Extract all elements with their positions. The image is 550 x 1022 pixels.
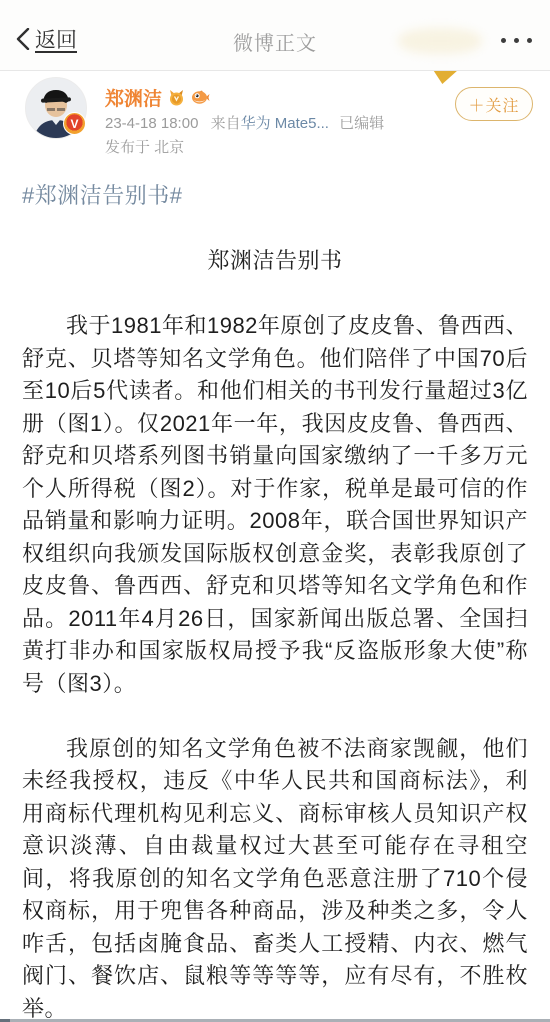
avatar[interactable]: V: [25, 77, 85, 137]
hashtag-link[interactable]: #郑渊洁告别书#: [22, 180, 528, 213]
from-label: 来自: [211, 115, 241, 132]
koi-fish-badge-icon: [191, 88, 210, 107]
author-row: 郑渊洁: [105, 84, 210, 111]
post-meta-location: 发布于 北京: [105, 136, 184, 157]
page-title: 微博正文: [0, 27, 550, 56]
post-meta-line1: 23-4-18 18:00 来自华为 Mate5... 已编辑: [105, 112, 384, 133]
gold-medal-badge-icon: [167, 88, 186, 107]
more-options-icon[interactable]: [501, 38, 532, 43]
post-content: #郑渊洁告别书# 郑渊洁告别书 我于1981年和1982年原创了皮皮鲁、鲁西西、…: [22, 180, 528, 1022]
timestamp: 23-4-18 18:00: [105, 115, 198, 132]
source-device-link[interactable]: 华为 Mate5...: [241, 115, 329, 132]
navbar: 返回 微博正文: [0, 0, 550, 71]
gold-ribbon-decoration: [431, 70, 458, 84]
verified-letter: V: [70, 117, 78, 131]
paragraph-1: 我于1981年和1982年原创了皮皮鲁、鲁西西、舒克、贝塔等知名文学角色。他们陪…: [22, 310, 528, 700]
verified-badge-icon: V: [63, 112, 86, 135]
author-name[interactable]: 郑渊洁: [105, 84, 162, 111]
paragraph-2: 我原创的知名文学角色被不法商家觊觎，他们未经我授权，违反《中华人民共和国商标法》…: [22, 733, 528, 1022]
post-header: V 郑渊洁 23-4-18 18:00 来自华为 Mate5... 已编辑 发布…: [0, 70, 550, 180]
edited-label: 已编辑: [339, 115, 384, 132]
letter-title: 郑渊洁告别书: [22, 245, 528, 278]
follow-button[interactable]: ＋关注: [455, 87, 533, 121]
